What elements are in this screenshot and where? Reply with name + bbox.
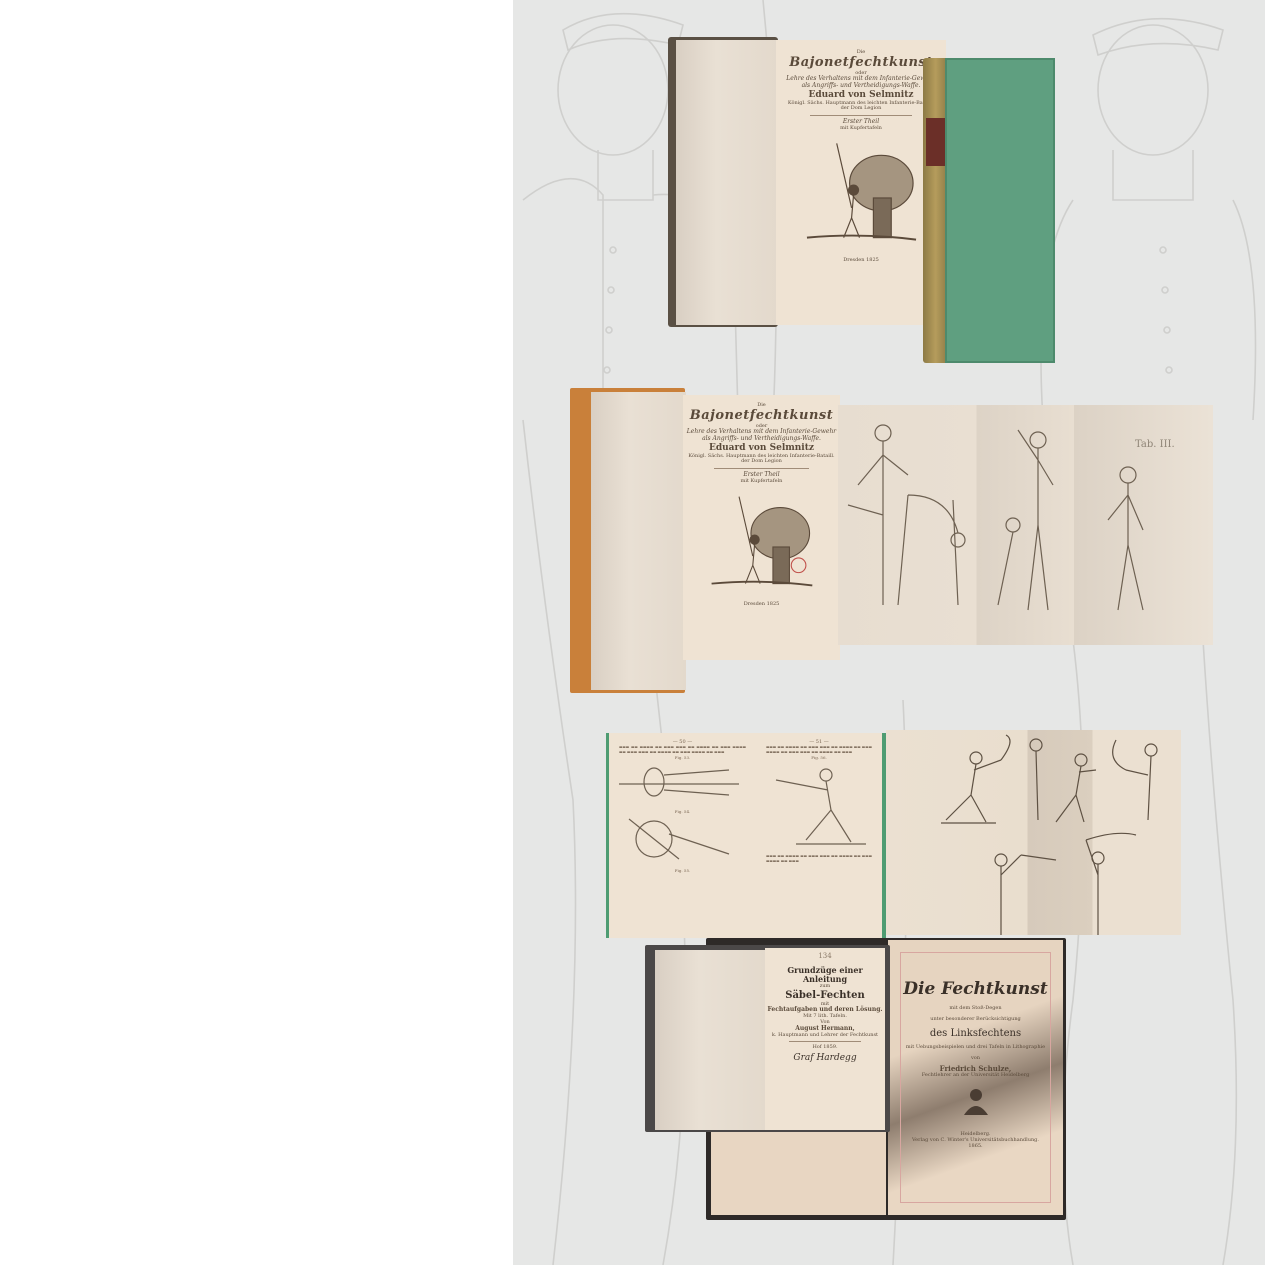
spine-label <box>926 118 945 166</box>
imprint: Dresden 1825 <box>683 602 840 608</box>
book1-green-cover <box>945 58 1055 363</box>
book3-left-page: — 50 — ▬▬▬ ▬▬ ▬▬▬▬ ▬▬ ▬▬▬ ▬▬▬ ▬▬ ▬▬▬▬ ▬▬… <box>606 733 756 938</box>
title-line-1: Grundzüge einer Anleitung <box>765 966 885 984</box>
book5-left-page <box>711 1120 886 1215</box>
book2-endpaper <box>591 392 686 690</box>
fencer-lunge-illustration <box>756 760 886 850</box>
book4-endpaper <box>655 950 765 1130</box>
handwritten-signature: Graf Hardegg <box>765 1053 885 1063</box>
subtitle-line-2: als Angriffs- und Vertheidigungs-Waffe. <box>776 83 946 90</box>
bayonet-soldier-engraving <box>802 138 921 248</box>
sabre-fencing-figures <box>886 730 1181 935</box>
book3-right-page: — 51 — ▬▬▬ ▬▬ ▬▬▬▬ ▬▬ ▬▬▬ ▬▬▬ ▬▬ ▬▬▬▬ ▬▬… <box>756 733 886 938</box>
part-note: mit Kupfertafeln <box>776 126 946 132</box>
book2-title-page: Die Bajonetfechtkunst oder Lehre des Ver… <box>683 395 840 660</box>
book1-endpaper <box>676 40 776 325</box>
bayonet-soldier-engraving <box>707 491 817 594</box>
book4-title-page: 134 Grundzüge einer Anleitung zum Säbel-… <box>765 948 885 1130</box>
book3-foldout-plate <box>886 730 1181 935</box>
imprint: Dresden 1825 <box>776 258 946 264</box>
catalog-number: 134 <box>765 952 885 960</box>
book-title: Bajonetfechtkunst <box>776 56 946 71</box>
book-title: Bajonetfechtkunst <box>683 409 840 424</box>
imprint: Hof 1859. <box>765 1045 885 1051</box>
plate-label: Tab. III. <box>1135 439 1175 450</box>
photo-panel: Die Bajonetfechtkunst oder Lehre des Ver… <box>513 0 1265 1265</box>
author-role: k. Hauptmann und Lehrer der Fechtkunst <box>765 1033 885 1039</box>
body-text: ▬▬▬ ▬▬ ▬▬▬▬ ▬▬ ▬▬▬ ▬▬▬ ▬▬ ▬▬▬▬ ▬▬ ▬▬▬ ▬▬… <box>609 745 756 755</box>
sword-hand-illustration <box>609 760 749 805</box>
author-name: Eduard von Selmnitz <box>683 443 840 453</box>
book1-title-page: Die Bajonetfechtkunst oder Lehre des Ver… <box>776 40 946 325</box>
author-role-2: der Dom Legion <box>776 106 946 112</box>
book5-title-page: Die Fechtkunst mit dem Stoß-Degen unter … <box>888 940 1063 1215</box>
author-role-2: der Dom Legion <box>683 459 840 465</box>
book-title: Säbel-Fechten <box>765 990 885 1002</box>
divider <box>714 468 808 469</box>
book2-foldout-plate: Tab. III. <box>838 405 1213 645</box>
author-name: Eduard von Selmnitz <box>776 90 946 100</box>
body-text: ▬▬▬ ▬▬ ▬▬▬▬ ▬▬ ▬▬▬ ▬▬▬ ▬▬ ▬▬▬▬ ▬▬ ▬▬▬ ▬▬… <box>756 854 882 864</box>
blank-margin <box>0 0 513 1265</box>
divider <box>789 1041 861 1042</box>
figure-caption: Fig. 55. <box>609 868 756 873</box>
hand-guard-illustration <box>609 814 749 864</box>
page-red-border <box>900 952 1051 1203</box>
body-text: ▬▬▬ ▬▬ ▬▬▬▬ ▬▬ ▬▬▬ ▬▬▬ ▬▬ ▬▬▬▬ ▬▬ ▬▬▬ ▬▬… <box>756 745 882 755</box>
divider <box>810 115 912 116</box>
subtitle-line-2: als Angriffs- und Vertheidigungs-Waffe. <box>683 436 840 443</box>
part-note: mit Kupfertafeln <box>683 479 840 485</box>
